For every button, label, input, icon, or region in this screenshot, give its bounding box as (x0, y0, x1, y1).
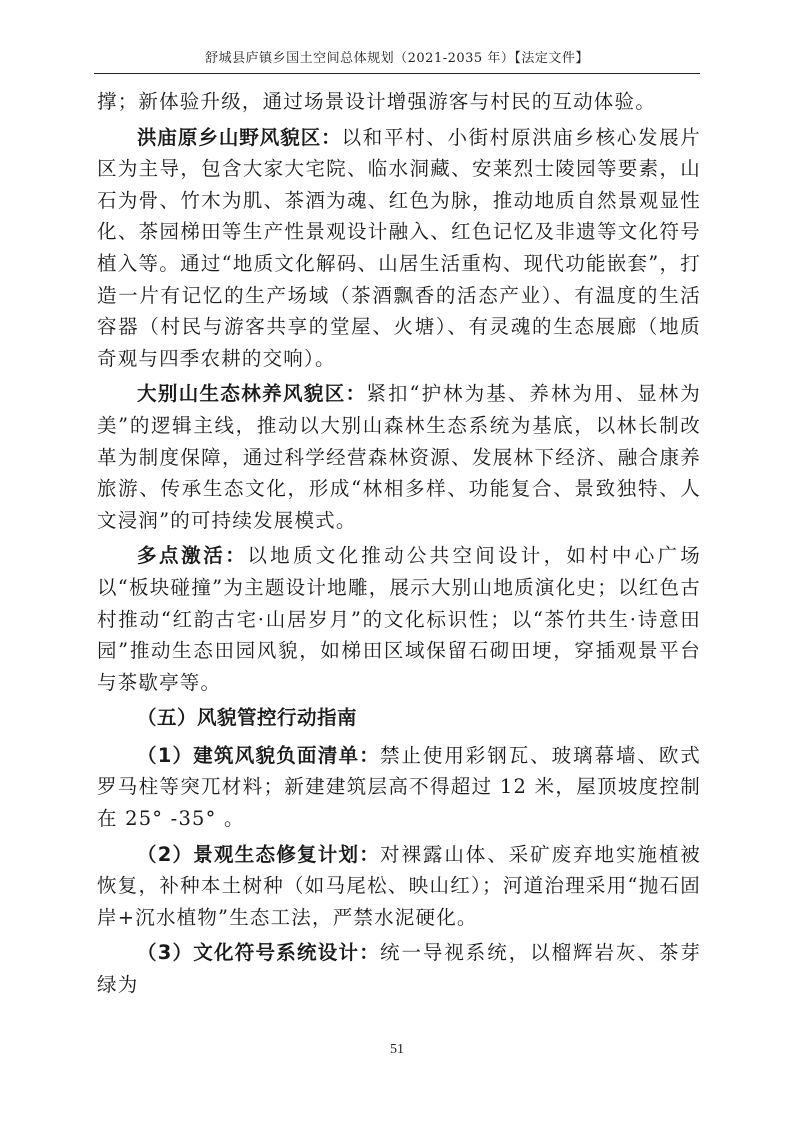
paragraph-multipoint-activation: 多点激活：以地质文化推动公共空间设计，如村中心广场以“板块碰撞”为主题设计地雕，… (97, 540, 701, 698)
guideline-landscape-restoration: （2）景观生态修复计划：对裸露山体、采矿废弃地实施植被恢复，补种本土树种（如马尾… (97, 839, 701, 934)
document-body: 撑；新体验升级，通过场景设计增强游客与村民的互动体验。 洪庙原乡山野风貌区：以和… (97, 86, 701, 1005)
paragraph-lead: 洪庙原乡山野风貌区： (137, 126, 342, 149)
section-heading: （五）风貌管控行动指南 (97, 702, 701, 734)
guideline-cultural-symbols: （3）文化符号系统设计：统一导视系统，以榴辉岩灰、茶芽绿为 (97, 937, 701, 1000)
guideline-lead: （3）文化符号系统设计： (137, 941, 380, 964)
paragraph-hongmiao-zone: 洪庙原乡山野风貌区：以和平村、小街村原洪庙乡核心发展片区为主导，包含大家大宅院、… (97, 122, 701, 375)
page-number: 51 (0, 1042, 794, 1058)
paragraph-lead: 多点激活： (137, 544, 247, 567)
paragraph-text: 以和平村、小街村原洪庙乡核心发展片区为主导，包含大家大宅院、临水洞藏、安莱烈士陵… (97, 126, 701, 370)
paragraph-text: 撑；新体验升级，通过场景设计增强游客与村民的互动体验。 (97, 90, 656, 113)
guideline-building-negative-list: （1）建筑风貌负面清单：禁止使用彩钢瓦、玻璃幕墙、欧式罗马柱等突兀材料；新建建筑… (97, 740, 701, 835)
guideline-lead: （1）建筑风貌负面清单： (137, 744, 380, 767)
header-divider (94, 73, 700, 74)
paragraph-lead: 大别山生态林养风貌区： (137, 382, 366, 405)
guideline-lead: （2）景观生态修复计划： (137, 843, 380, 866)
paragraph-continuation: 撑；新体验升级，通过场景设计增强游客与村民的互动体验。 (97, 86, 701, 118)
paragraph-dabieshan-zone: 大别山生态林养风貌区：紧扣“护林为基、养林为用、显林为美”的逻辑主线，推动以大别… (97, 378, 701, 536)
section-heading-text: （五）风貌管控行动指南 (137, 706, 357, 729)
running-header: 舒城县庐镇乡国土空间总体规划（2021-2035 年）【法定文件】 (94, 50, 700, 68)
